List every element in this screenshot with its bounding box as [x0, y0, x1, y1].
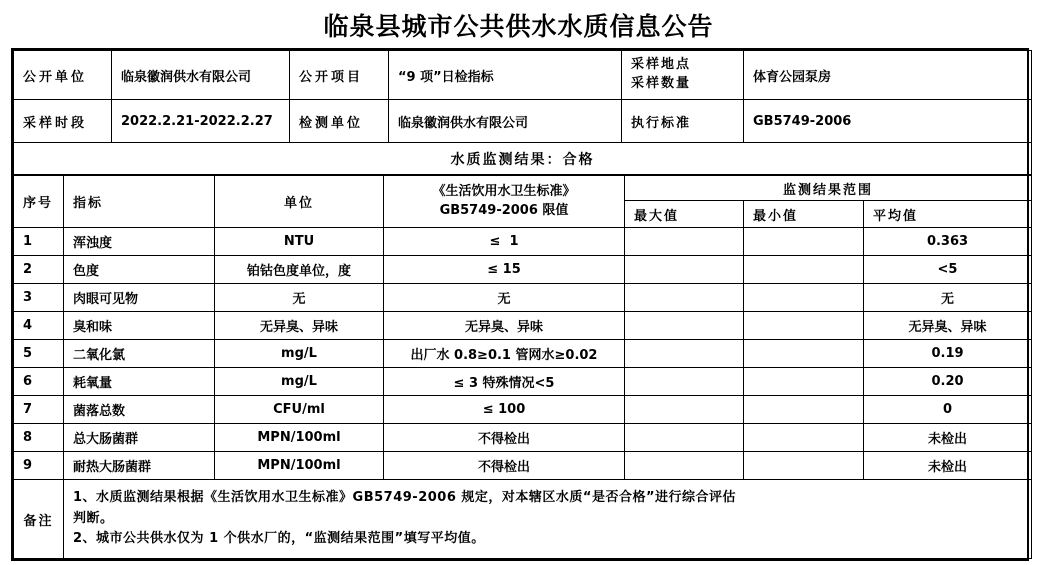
cell-max [625, 396, 744, 424]
cell-avg: 0.363 [864, 228, 1032, 256]
col-header-max: 最大值 [625, 201, 744, 228]
cell-max [625, 228, 744, 256]
cell-limit: 无 [384, 284, 625, 312]
table-row: 6 耗氧量 mg/L ≤ 3 特殊情况<5 0.20 [14, 368, 1032, 396]
col-header-avg: 平均值 [864, 201, 1032, 228]
cell-limit: ≤ 3 特殊情况<5 [384, 368, 625, 396]
announcement-sheet: 公开单位 临泉徽润供水有限公司 公开项目 “9 项”日检指标 采样地点 采样数量… [11, 48, 1029, 561]
result-banner-row: 水质监测结果：合格 [14, 143, 1032, 175]
remark-line: 1、水质监测结果根据《生活饮用水卫生标准》GB5749-2006 规定，对本辖区… [73, 488, 1027, 509]
cell-no: 7 [14, 396, 64, 424]
cell-no: 6 [14, 368, 64, 396]
field-value-sample-location: 体育公园泵房 [744, 51, 1032, 100]
field-value-testing-unit: 临泉徽润供水有限公司 [389, 100, 622, 143]
field-label-public-item: 公开项目 [290, 51, 389, 100]
cell-min [744, 284, 864, 312]
cell-limit: 不得检出 [384, 424, 625, 452]
col-header-unit: 单位 [215, 176, 384, 228]
cell-unit: NTU [215, 228, 384, 256]
col-header-indicator: 指标 [64, 176, 215, 228]
col-header-no: 序号 [14, 176, 64, 228]
cell-min [744, 312, 864, 340]
cell-max [625, 452, 744, 480]
cell-unit: CFU/ml [215, 396, 384, 424]
cell-indicator: 耗氧量 [64, 368, 215, 396]
info-table: 公开单位 临泉徽润供水有限公司 公开项目 “9 项”日检指标 采样地点 采样数量… [13, 50, 1032, 175]
cell-indicator: 色度 [64, 256, 215, 284]
cell-unit: 无异臭、异味 [215, 312, 384, 340]
info-row-2: 采样时段 2022.2.21-2022.2.27 检测单位 临泉徽润供水有限公司… [14, 100, 1032, 143]
cell-min [744, 340, 864, 368]
table-row: 3 肉眼可见物 无 无 无 [14, 284, 1032, 312]
cell-max [625, 284, 744, 312]
cell-indicator: 二氧化氯 [64, 340, 215, 368]
cell-avg: <5 [864, 256, 1032, 284]
cell-indicator: 肉眼可见物 [64, 284, 215, 312]
cell-unit: 无 [215, 284, 384, 312]
cell-unit: MPN/100ml [215, 424, 384, 452]
field-label-sample-quantity: 采样数量 [631, 75, 739, 94]
cell-limit: ≤ 100 [384, 396, 625, 424]
col-header-limit-line2: GB5749-2006 限值 [388, 202, 620, 221]
cell-avg: 无异臭、异味 [864, 312, 1032, 340]
field-label-standard: 执行标准 [622, 100, 744, 143]
table-row: 5 二氧化氯 mg/L 出厂水 0.8≥0.1 管网水≥0.02 0.19 [14, 340, 1032, 368]
cell-no: 4 [14, 312, 64, 340]
cell-limit: 出厂水 0.8≥0.1 管网水≥0.02 [384, 340, 625, 368]
cell-avg: 0.19 [864, 340, 1032, 368]
col-header-limit: 《生活饮用水卫生标准》 GB5749-2006 限值 [384, 176, 625, 228]
cell-avg: 0.20 [864, 368, 1032, 396]
field-value-public-item: “9 项”日检指标 [389, 51, 622, 100]
table-row: 9 耐热大肠菌群 MPN/100ml 不得检出 未检出 [14, 452, 1032, 480]
col-header-limit-line1: 《生活饮用水卫生标准》 [388, 183, 620, 202]
info-row-1: 公开单位 临泉徽润供水有限公司 公开项目 “9 项”日检指标 采样地点 采样数量… [14, 51, 1032, 100]
cell-min [744, 228, 864, 256]
cell-unit: mg/L [215, 368, 384, 396]
cell-no: 8 [14, 424, 64, 452]
field-value-standard: GB5749-2006 [744, 100, 1032, 143]
cell-indicator: 臭和味 [64, 312, 215, 340]
cell-min [744, 368, 864, 396]
cell-no: 5 [14, 340, 64, 368]
remark-line: 判断。 [73, 509, 1027, 530]
cell-min [744, 396, 864, 424]
cell-no: 9 [14, 452, 64, 480]
col-header-min: 最小值 [744, 201, 864, 228]
table-row: 2 色度 铂钴色度单位，度 ≤ 15 <5 [14, 256, 1032, 284]
remark-label: 备注 [14, 480, 64, 559]
cell-indicator: 菌落总数 [64, 396, 215, 424]
cell-limit: 不得检出 [384, 452, 625, 480]
field-label-sample-location: 采样地点 [631, 56, 739, 75]
table-row: 7 菌落总数 CFU/ml ≤ 100 0 [14, 396, 1032, 424]
remark-content: 1、水质监测结果根据《生活饮用水卫生标准》GB5749-2006 规定，对本辖区… [64, 480, 1032, 559]
cell-min [744, 424, 864, 452]
cell-max [625, 368, 744, 396]
results-header-row-1: 序号 指标 单位 《生活饮用水卫生标准》 GB5749-2006 限值 监测结果… [14, 176, 1032, 201]
field-label-sample-location-quantity: 采样地点 采样数量 [622, 51, 744, 100]
result-banner: 水质监测结果：合格 [14, 143, 1032, 175]
field-label-public-unit: 公开单位 [14, 51, 112, 100]
cell-avg: 0 [864, 396, 1032, 424]
table-row: 8 总大肠菌群 MPN/100ml 不得检出 未检出 [14, 424, 1032, 452]
cell-limit: ≤ 15 [384, 256, 625, 284]
cell-min [744, 256, 864, 284]
col-header-range-group: 监测结果范围 [625, 176, 1032, 201]
field-label-sampling-period: 采样时段 [14, 100, 112, 143]
cell-unit: 铂钴色度单位，度 [215, 256, 384, 284]
cell-unit: mg/L [215, 340, 384, 368]
cell-min [744, 452, 864, 480]
document-page: 临泉县城市公共供水水质信息公告 公开单位 临泉徽润供水有限公司 公开项目 “9 … [0, 7, 1037, 565]
field-value-public-unit: 临泉徽润供水有限公司 [112, 51, 290, 100]
cell-max [625, 256, 744, 284]
cell-max [625, 312, 744, 340]
cell-unit: MPN/100ml [215, 452, 384, 480]
cell-no: 3 [14, 284, 64, 312]
cell-limit: ≤ 1 [384, 228, 625, 256]
table-row: 1 浑浊度 NTU ≤ 1 0.363 [14, 228, 1032, 256]
cell-avg: 未检出 [864, 424, 1032, 452]
table-row: 4 臭和味 无异臭、异味 无异臭、异味 无异臭、异味 [14, 312, 1032, 340]
cell-indicator: 浑浊度 [64, 228, 215, 256]
field-value-sampling-period: 2022.2.21-2022.2.27 [112, 100, 290, 143]
cell-max [625, 424, 744, 452]
remark-row: 备注 1、水质监测结果根据《生活饮用水卫生标准》GB5749-2006 规定，对… [14, 480, 1032, 559]
results-table: 序号 指标 单位 《生活饮用水卫生标准》 GB5749-2006 限值 监测结果… [13, 175, 1032, 559]
cell-no: 1 [14, 228, 64, 256]
cell-no: 2 [14, 256, 64, 284]
cell-indicator: 耐热大肠菌群 [64, 452, 215, 480]
remark-line: 2、城市公共供水仅为 1 个供水厂的，“监测结果范围”填写平均值。 [73, 529, 1027, 550]
field-label-testing-unit: 检测单位 [290, 100, 389, 143]
cell-limit: 无异臭、异味 [384, 312, 625, 340]
page-title: 临泉县城市公共供水水质信息公告 [0, 7, 1037, 43]
cell-avg: 无 [864, 284, 1032, 312]
cell-indicator: 总大肠菌群 [64, 424, 215, 452]
cell-avg: 未检出 [864, 452, 1032, 480]
cell-max [625, 340, 744, 368]
